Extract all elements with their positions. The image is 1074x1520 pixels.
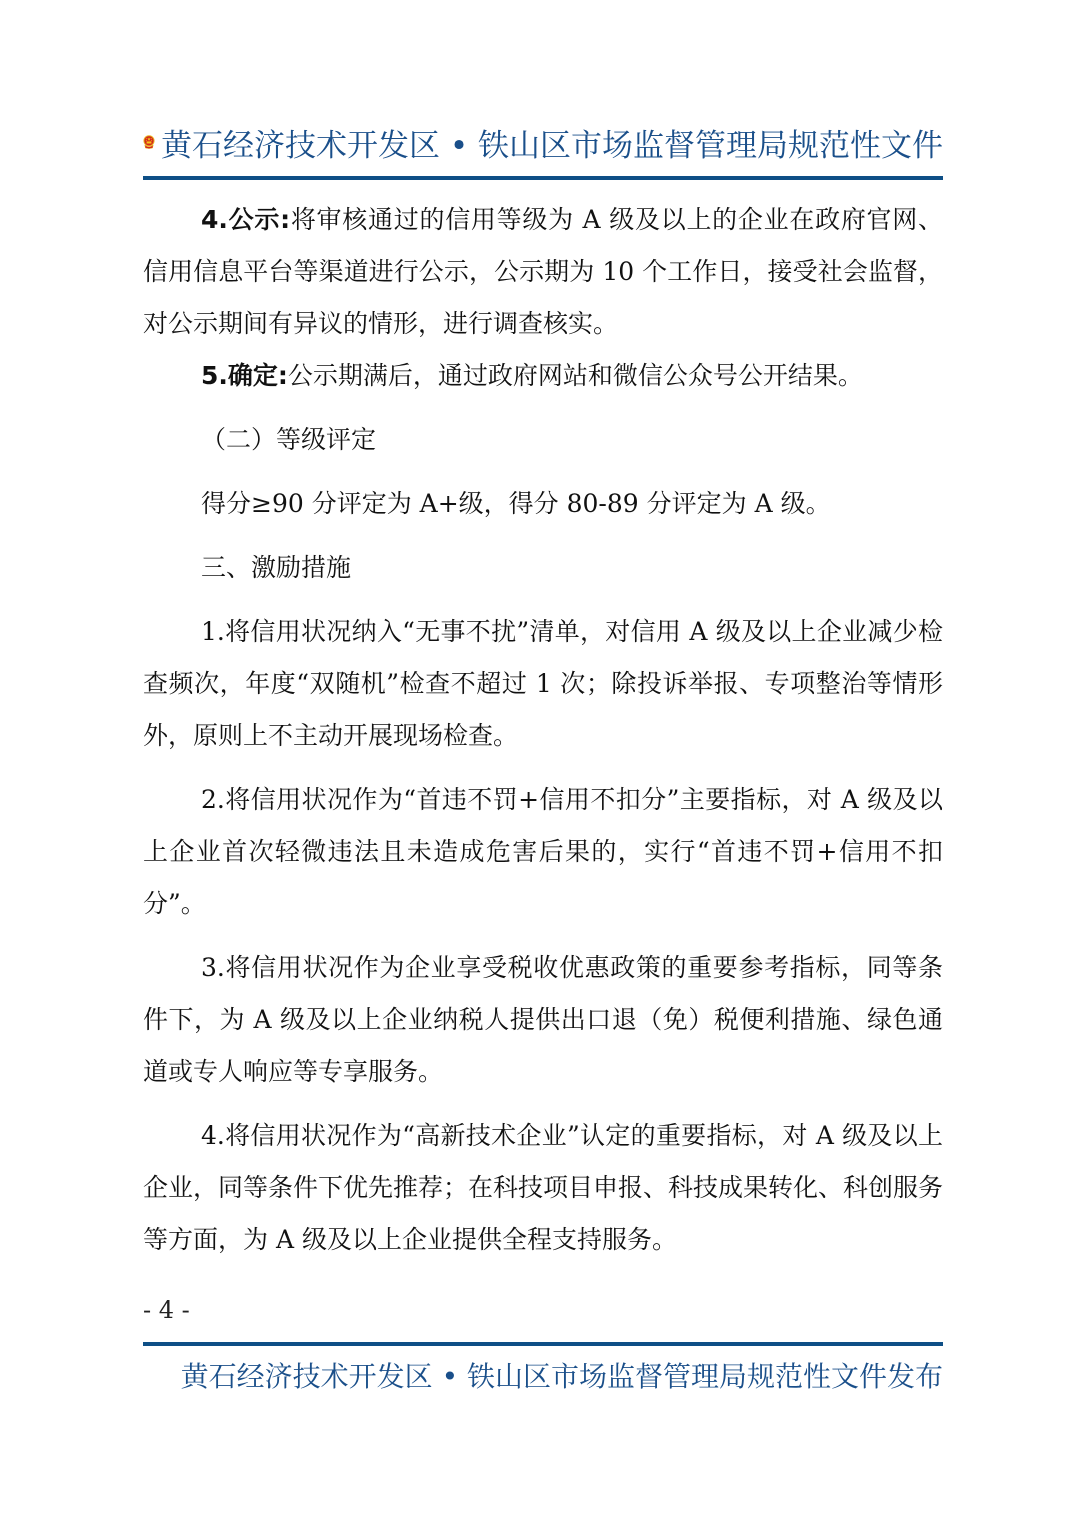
grade-rule: 得分≥90 分评定为 A+级，得分 80-89 分评定为 A 级。 bbox=[143, 478, 943, 530]
paragraph-label: 5.确定: bbox=[201, 361, 288, 390]
footer-text: 黄石经济技术开发区 • 铁山区市场监督管理局规范性文件发布 bbox=[143, 1355, 943, 1395]
paragraph-publicity: 4.公示:将审核通过的信用等级为 A 级及以上的企业在政府官网、信用信息平台等渠… bbox=[143, 194, 943, 350]
header-divider bbox=[143, 176, 943, 180]
document-body: 4.公示:将审核通过的信用等级为 A 级及以上的企业在政府官网、信用信息平台等渠… bbox=[143, 194, 943, 1266]
paragraph-confirm: 5.确定:公示期满后，通过政府网站和微信公众号公开结果。 bbox=[143, 350, 943, 402]
subheading-grade: （二）等级评定 bbox=[143, 414, 943, 466]
document-header: 黄石经济技术开发区 • 铁山区市场监督管理局规范性文件 bbox=[143, 112, 943, 172]
header-title: 黄石经济技术开发区 • 铁山区市场监督管理局规范性文件 bbox=[161, 120, 943, 165]
measure-item: 1.将信用状况纳入“无事不扰”清单，对信用 A 级及以上企业减少检查频次，年度“… bbox=[143, 606, 943, 762]
measure-item: 3.将信用状况作为企业享受税收优惠政策的重要参考指标，同等条件下，为 A 级及以… bbox=[143, 942, 943, 1098]
section-heading-incentives: 三、激励措施 bbox=[143, 542, 943, 594]
footer-divider bbox=[143, 1342, 943, 1346]
national-emblem-icon bbox=[143, 118, 155, 166]
paragraph-text: 公示期满后，通过政府网站和微信公众号公开结果。 bbox=[288, 361, 863, 390]
measure-item: 4.将信用状况作为“高新技术企业”认定的重要指标，对 A 级及以上企业，同等条件… bbox=[143, 1110, 943, 1266]
paragraph-label: 4.公示: bbox=[201, 205, 290, 234]
measure-item: 2.将信用状况作为“首违不罚+信用不扣分”主要指标，对 A 级及以上企业首次轻微… bbox=[143, 774, 943, 930]
page-number: - 4 - bbox=[143, 1296, 190, 1324]
